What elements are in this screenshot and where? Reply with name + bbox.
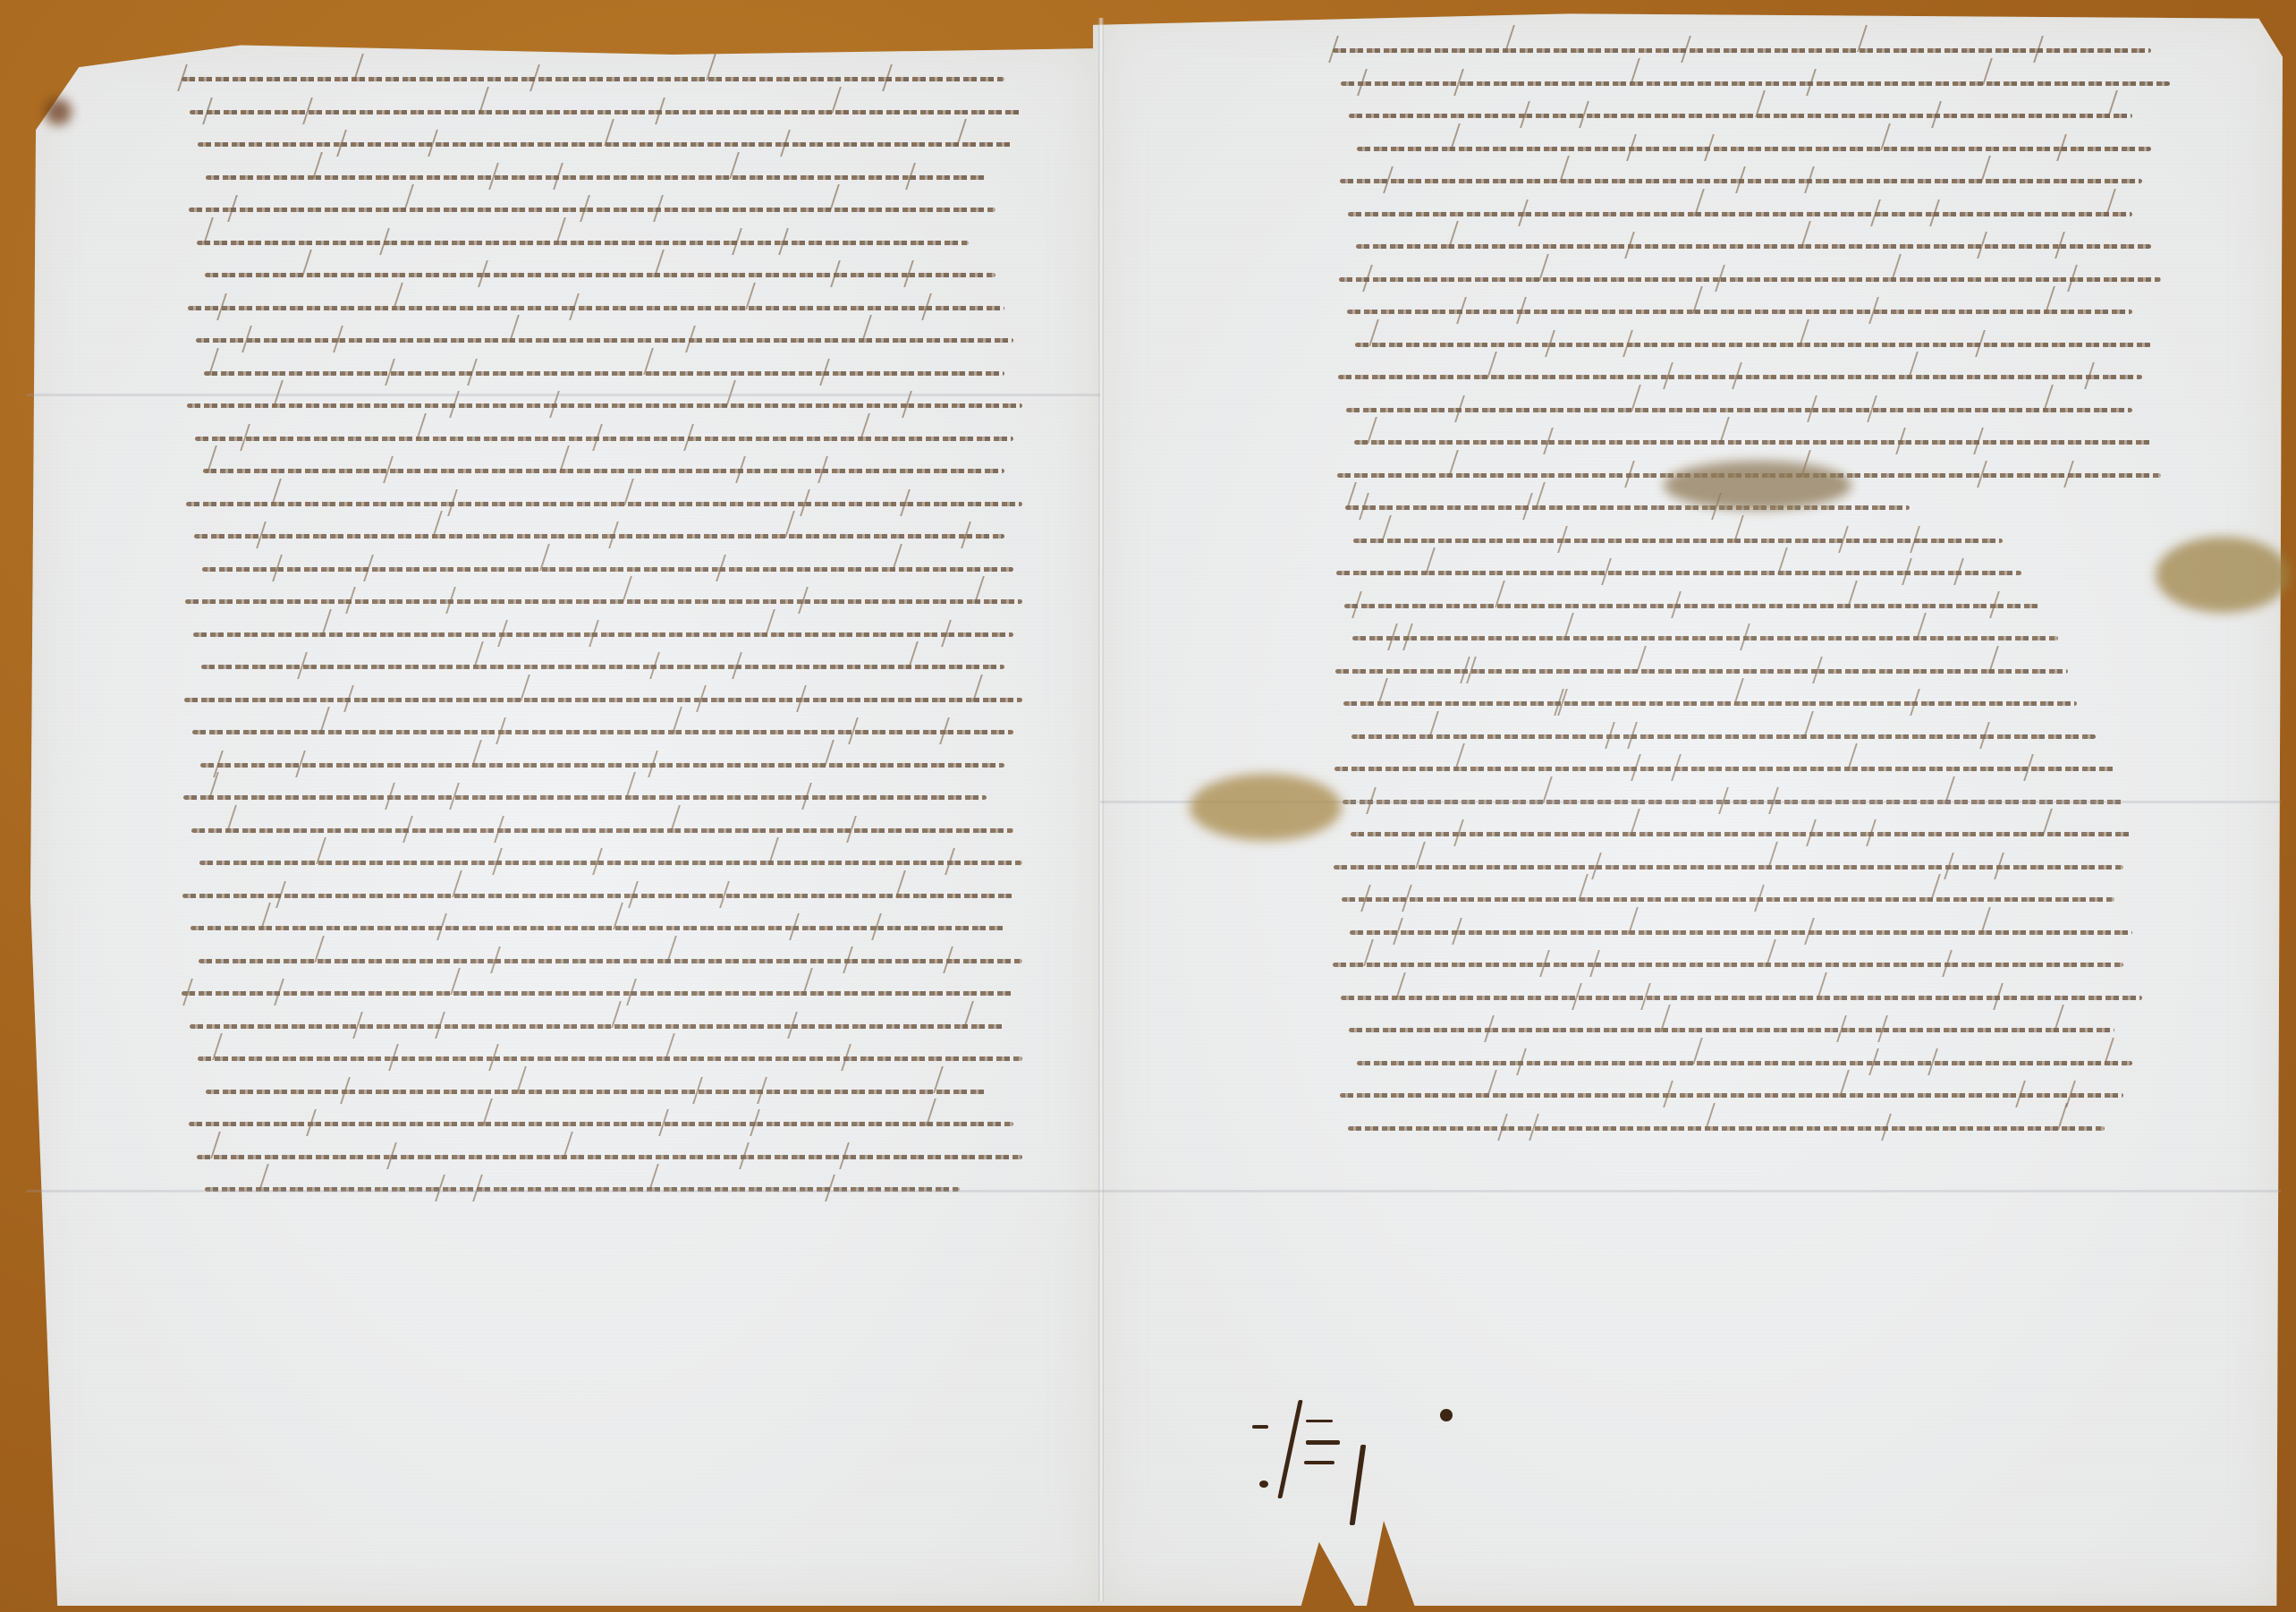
manuscript-line <box>1333 655 2263 688</box>
manuscript-line <box>1333 263 2263 296</box>
manuscript-line <box>182 1075 1076 1108</box>
horizontal-fold-left <box>27 394 1100 396</box>
manuscript-line <box>1333 687 2263 720</box>
manuscript-line <box>1333 524 2263 557</box>
manuscript-line <box>1333 361 2263 394</box>
manuscript-line <box>1333 295 2263 328</box>
manuscript-line <box>182 63 1076 96</box>
manuscript-line <box>1333 556 2263 590</box>
manuscript-line <box>182 96 1076 129</box>
manuscript-line <box>182 846 1076 879</box>
fold-smudge <box>1190 774 1342 841</box>
right-margin-stain <box>2156 537 2290 613</box>
manuscript-line <box>182 520 1076 553</box>
horizontal-fold-lower <box>27 1190 2281 1192</box>
manuscript-line <box>1333 132 2263 165</box>
manuscript-line <box>182 683 1076 717</box>
manuscript-line <box>1333 752 2263 785</box>
manuscript-line <box>1333 916 2263 949</box>
manuscript-line <box>1333 34 2263 67</box>
manuscript-line <box>1333 883 2263 916</box>
manuscript-line <box>1333 720 2263 753</box>
mid-right-stain <box>1664 461 1851 510</box>
manuscript-line <box>182 128 1076 161</box>
paper-tear <box>1364 1521 1419 1612</box>
manuscript-line <box>182 618 1076 651</box>
manuscript-line <box>182 161 1076 194</box>
manuscript-line <box>1333 99 2263 132</box>
manuscript-line <box>1333 981 2263 1014</box>
manuscript-line <box>1333 230 2263 263</box>
manuscript-line <box>182 814 1076 847</box>
manuscript-line <box>1333 590 2263 623</box>
manuscript-line <box>182 912 1076 945</box>
manuscript-line <box>182 945 1076 978</box>
manuscript-line <box>182 454 1076 488</box>
manuscript-line <box>182 585 1076 618</box>
manuscript-line <box>182 977 1076 1010</box>
manuscript-line <box>1333 67 2263 100</box>
manuscript-line <box>182 781 1076 814</box>
tally-marks <box>1252 1400 1431 1507</box>
manuscript-line <box>1333 394 2263 427</box>
manuscript-line <box>182 650 1076 683</box>
manuscript-line <box>182 292 1076 325</box>
manuscript-line <box>182 357 1076 390</box>
manuscript-line <box>1333 426 2263 459</box>
manuscript-line <box>1333 328 2263 361</box>
manuscript-line <box>182 193 1076 226</box>
manuscript-line <box>1333 1112 2263 1145</box>
manuscript-line <box>1333 1014 2263 1047</box>
manuscript-line <box>182 422 1076 455</box>
manuscript-line <box>182 226 1076 259</box>
manuscript-line <box>1333 818 2263 851</box>
corner-spots <box>45 98 72 125</box>
manuscript-line <box>1333 622 2263 655</box>
manuscript-line <box>1333 851 2263 884</box>
manuscript-line <box>1333 165 2263 198</box>
left-text-block <box>182 63 1076 1206</box>
manuscript-line <box>1333 1079 2263 1112</box>
manuscript-line <box>1333 948 2263 981</box>
center-fold <box>1098 18 1104 1601</box>
manuscript-line <box>182 1010 1076 1043</box>
manuscript-line <box>182 749 1076 782</box>
right-text-block <box>1333 34 2263 1144</box>
manuscript-line <box>182 716 1076 749</box>
manuscript-line <box>182 324 1076 357</box>
manuscript-line <box>182 488 1076 521</box>
manuscript-line <box>182 1107 1076 1141</box>
manuscript-line <box>182 1141 1076 1174</box>
manuscript-line <box>1333 198 2263 231</box>
manuscript-line <box>1333 1047 2263 1080</box>
manuscript-line <box>182 259 1076 292</box>
manuscript-line <box>182 879 1076 912</box>
left-leaf <box>25 36 1103 1606</box>
